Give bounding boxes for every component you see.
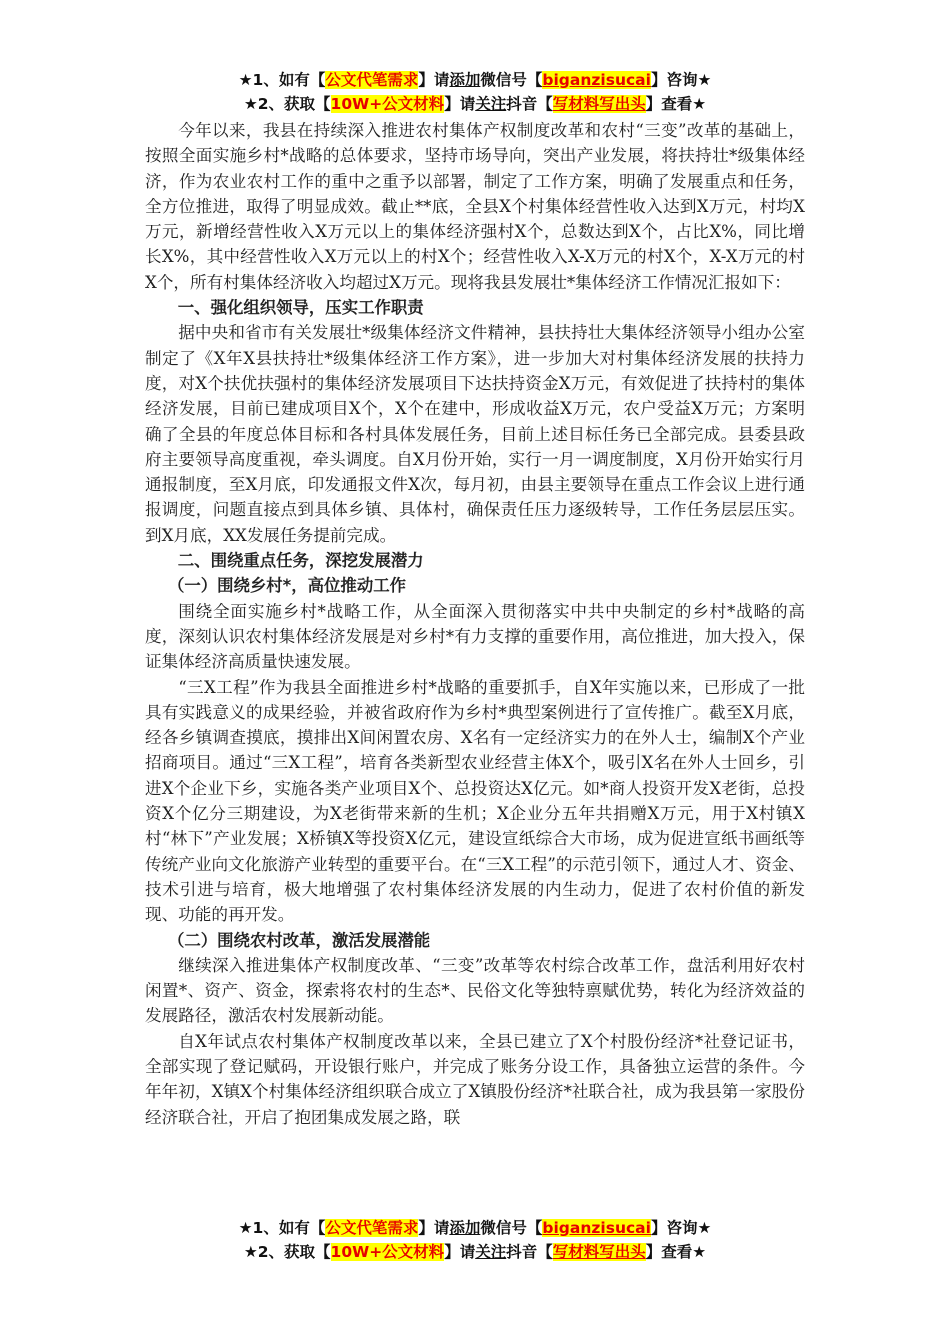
- promo-text: 】请: [418, 71, 449, 89]
- promo-underlined: 关注: [475, 95, 506, 113]
- promo-text: 】查看★: [646, 1243, 706, 1261]
- promo-text: 】咨询★: [651, 1219, 711, 1237]
- promo-text: ★1、如有【: [239, 1219, 326, 1237]
- promo-underlined: 关注: [475, 1243, 506, 1261]
- promo-highlight: 公文代笔需求: [325, 71, 418, 89]
- promo-text: ★2、获取【: [244, 95, 331, 113]
- promo-underlined: 添加: [449, 71, 480, 89]
- subsection-2-paragraph-1: 继续深入推进集体产权制度改革、“三变”改革等农村综合改革工作，盘活利用好农村闲置…: [145, 953, 805, 1029]
- promo-line-1: ★1、如有【公文代笔需求】请添加微信号【biganzisucai】咨询★: [0, 68, 950, 92]
- promo-text: 】咨询★: [651, 71, 711, 89]
- promo-text: 】请: [418, 1219, 449, 1237]
- promo-text: ★2、获取【: [244, 1243, 331, 1261]
- wechat-id: biganzisucai: [542, 1219, 651, 1237]
- promo-highlight: 公文代笔需求: [325, 1219, 418, 1237]
- intro-paragraph: 今年以来，我县在持续深入推进农村集体产权制度改革和农村“三变”改革的基础上，按照…: [145, 118, 805, 295]
- subsection-1-heading: （一）围绕乡村*，高位推动工作: [145, 573, 805, 598]
- document-body: 今年以来，我县在持续深入推进农村集体产权制度改革和农村“三变”改革的基础上，按照…: [145, 118, 805, 1130]
- promo-text: 微信号【: [480, 71, 542, 89]
- promo-text: 】查看★: [646, 95, 706, 113]
- promo-banner-top: ★1、如有【公文代笔需求】请添加微信号【biganzisucai】咨询★ ★2、…: [0, 68, 950, 116]
- subsection-1-paragraph-2: “三X工程”作为我县全面推进乡村*战略的重要抓手，自X年实施以来，已形成了一批具…: [145, 675, 805, 928]
- douyin-id: 写材料写出头: [553, 95, 646, 113]
- promo-text: 】请: [444, 95, 475, 113]
- douyin-id: 写材料写出头: [553, 1243, 646, 1261]
- subsection-2-paragraph-2: 自X年试点农村集体产权制度改革以来，全县已建立了X个村股份经济*社登记证书，全部…: [145, 1029, 805, 1130]
- promo-highlight: 10W+公文材料: [331, 95, 445, 113]
- wechat-id: biganzisucai: [542, 71, 651, 89]
- subsection-2-heading: （二）围绕农村改革，激活发展潜能: [145, 928, 805, 953]
- promo-text: 】请: [444, 1243, 475, 1261]
- promo-line-2: ★2、获取【10W+公文材料】请关注抖音【写材料写出头】查看★: [0, 92, 950, 116]
- section-1-heading: 一、强化组织领导，压实工作职责: [145, 295, 805, 320]
- subsection-1-paragraph-1: 围绕全面实施乡村*战略工作，从全面深入贯彻落实中共中央制定的乡村*战略的高度，深…: [145, 599, 805, 675]
- promo-line-2: ★2、获取【10W+公文材料】请关注抖音【写材料写出头】查看★: [0, 1240, 950, 1264]
- promo-text: 抖音【: [506, 1243, 553, 1261]
- promo-highlight: 10W+公文材料: [331, 1243, 445, 1261]
- promo-banner-bottom: ★1、如有【公文代笔需求】请添加微信号【biganzisucai】咨询★ ★2、…: [0, 1216, 950, 1264]
- promo-text: ★1、如有【: [239, 71, 326, 89]
- section-1-paragraph: 据中央和省市有关发展壮*级集体经济文件精神，县扶持壮大集体经济领导小组办公室制定…: [145, 320, 805, 548]
- promo-underlined: 添加: [449, 1219, 480, 1237]
- promo-line-1: ★1、如有【公文代笔需求】请添加微信号【biganzisucai】咨询★: [0, 1216, 950, 1240]
- promo-text: 微信号【: [480, 1219, 542, 1237]
- promo-text: 抖音【: [506, 95, 553, 113]
- document-page: ★1、如有【公文代笔需求】请添加微信号【biganzisucai】咨询★ ★2、…: [0, 0, 950, 1344]
- section-2-heading: 二、围绕重点任务，深挖发展潜力: [145, 548, 805, 573]
